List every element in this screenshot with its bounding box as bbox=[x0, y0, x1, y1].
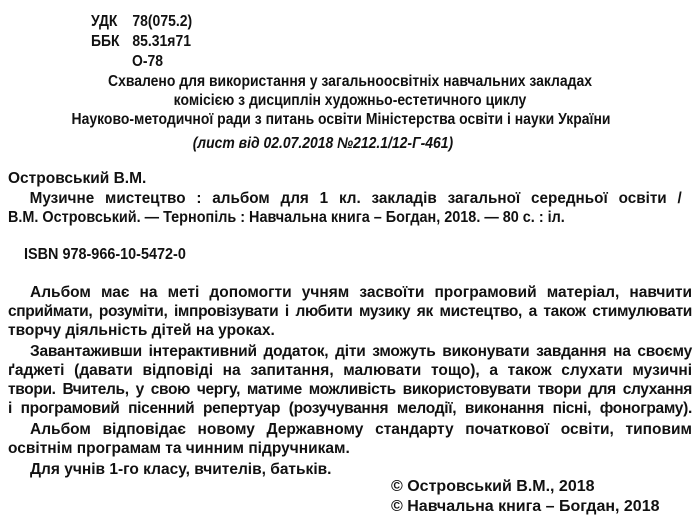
approval-line-3: Науково-методичної ради з питань освіти … bbox=[26, 110, 656, 129]
annotation-p2-line-3: твори. Вчитель, у свою чергу, матиме мож… bbox=[8, 380, 692, 399]
annotation-p2-line-1: Завантаживши інтерактивний додаток, діти… bbox=[8, 342, 692, 361]
annotation-p1-line-3: творчу діяльність дітей на уроках. bbox=[8, 321, 275, 340]
bibliography-author: Островський В.М. bbox=[8, 169, 146, 188]
annotation-p3-line-1: Альбом відповідає новому Державному стан… bbox=[8, 420, 692, 439]
udk-value: 78(075.2) bbox=[132, 13, 192, 30]
annotation-p2-line-4: і програмовий пісенний репертуар (розучу… bbox=[8, 399, 692, 418]
annotation-p1-line-1: Альбом має на меті допомогти учням засво… bbox=[8, 283, 692, 302]
book-imprint-page: УДК78(075.2) ББК85.31я71 О-78 Схвалено д… bbox=[0, 0, 700, 518]
approval-letter: (лист від 02.07.2018 №212.1/12-Г-461) bbox=[8, 134, 638, 153]
annotation-p1-line-2: сприймати, розуміти, імпровізувати і люб… bbox=[8, 302, 692, 321]
copyright-author: © Островський В.М., 2018 bbox=[391, 477, 595, 496]
bibliography-line-2: В.М. Островський. — Тернопіль : Навчальн… bbox=[8, 208, 565, 227]
copyright-publisher: © Навчальна книга – Богдан, 2018 bbox=[391, 497, 660, 516]
bbk-line: ББК85.31я71 bbox=[91, 32, 191, 51]
isbn: ISBN 978-966-10-5472-0 bbox=[24, 245, 186, 264]
bbk-label: ББК bbox=[91, 32, 132, 51]
audience-note: Для учнів 1-го класу, вчителів, батьків. bbox=[30, 460, 331, 479]
bibliography-line-1: Музичне мистецтво : альбом для 1 кл. зак… bbox=[8, 189, 682, 208]
annotation-p2-line-2: ґаджеті (давати відповіді на запитання, … bbox=[8, 361, 692, 380]
udk-label: УДК bbox=[91, 12, 132, 31]
udk-line: УДК78(075.2) bbox=[91, 12, 192, 31]
annotation-p3-line-2: освітнім програмам та чинним підручникам… bbox=[8, 439, 350, 458]
approval-line-1: Схвалено для використання у загальноосві… bbox=[35, 72, 665, 91]
author-mark: О-78 bbox=[132, 52, 163, 71]
approval-line-2: комісією з дисциплін художньо-естетичног… bbox=[35, 91, 665, 110]
bbk-value: 85.31я71 bbox=[132, 33, 191, 50]
